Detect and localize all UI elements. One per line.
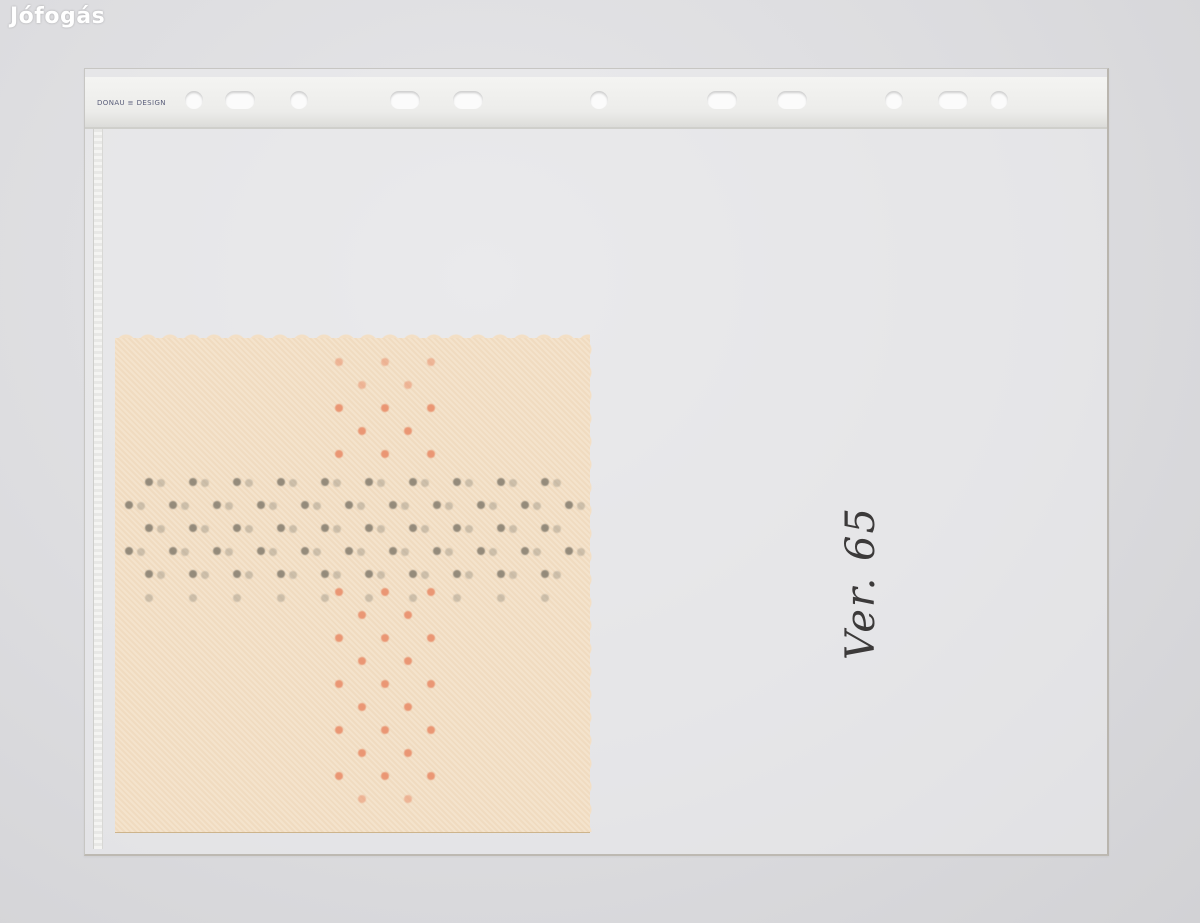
stitch-dot [333, 571, 341, 579]
stitch-dot [358, 381, 366, 389]
stitch-dot [277, 570, 285, 578]
stitch-dot [409, 570, 417, 578]
stitch-dot [577, 502, 585, 510]
stitch-dot [577, 548, 585, 556]
stitch-dot [335, 404, 343, 412]
stitch-dot [521, 501, 529, 509]
stitch-dot [157, 479, 165, 487]
stitch-dot [445, 502, 453, 510]
stitch-dot [401, 548, 409, 556]
stitch-dot [489, 502, 497, 510]
stitch-dot [358, 427, 366, 435]
stitch-dot [335, 680, 343, 688]
stitch-dot [357, 502, 365, 510]
stitch-dot [189, 478, 197, 486]
stitch-dot [365, 570, 373, 578]
punch-hole [777, 91, 807, 109]
stitch-dot [381, 634, 389, 642]
stitch-dot [169, 501, 177, 509]
stitch-dot [389, 547, 397, 555]
stitch-dot [313, 548, 321, 556]
stitch-dot [213, 501, 221, 509]
stitch-dot [521, 547, 529, 555]
stitch-dot [427, 588, 435, 596]
stitch-dot [335, 634, 343, 642]
stitch-dot [377, 525, 385, 533]
stitch-dot [181, 502, 189, 510]
stitch-dot [257, 501, 265, 509]
stitch-dot [533, 548, 541, 556]
stitch-dot [453, 570, 461, 578]
stitch-dot [189, 524, 197, 532]
punch-hole [225, 91, 255, 109]
stitch-dot [269, 548, 277, 556]
stitch-dot [137, 502, 145, 510]
stitch-dot [169, 547, 177, 555]
stitch-dot [225, 502, 233, 510]
stitch-dot [477, 501, 485, 509]
stitch-dot [497, 594, 505, 602]
stitch-dot [509, 571, 517, 579]
stitch-dot [335, 726, 343, 734]
punch-hole [590, 91, 608, 109]
stitch-dot [427, 404, 435, 412]
stitch-dot [358, 795, 366, 803]
stitch-dot [404, 427, 412, 435]
stitch-dot [445, 548, 453, 556]
stitch-dot [301, 547, 309, 555]
stitch-dot [381, 588, 389, 596]
stitch-dot [381, 404, 389, 412]
handwritten-note: Ver. 65 [838, 506, 884, 660]
stitch-dot [333, 525, 341, 533]
stitch-dot [497, 478, 505, 486]
stitch-dot [145, 594, 153, 602]
stitch-dot [381, 726, 389, 734]
stitch-dot [553, 571, 561, 579]
stitch-dot [533, 502, 541, 510]
stitch-dot [465, 571, 473, 579]
stitch-dot [409, 524, 417, 532]
stitch-dot [157, 525, 165, 533]
punch-hole [990, 91, 1008, 109]
stitch-dot [125, 547, 133, 555]
stitch-dot [335, 588, 343, 596]
stitch-dot [345, 501, 353, 509]
stitch-dot [427, 358, 435, 366]
stitch-dot [489, 548, 497, 556]
stitch-dot [357, 548, 365, 556]
stitch-dot [409, 594, 417, 602]
stitch-dot [333, 479, 341, 487]
stitch-dot [189, 570, 197, 578]
stitch-dot [565, 547, 573, 555]
stitch-dot [365, 594, 373, 602]
stitch-dot [541, 570, 549, 578]
stitch-dot [233, 594, 241, 602]
stitch-dot [541, 594, 549, 602]
brand-label: DONAU ≡ DESIGN [97, 99, 166, 107]
stitch-dot [345, 547, 353, 555]
stitch-dot [427, 450, 435, 458]
stitch-dot [381, 450, 389, 458]
stitch-dot [427, 680, 435, 688]
stitch-dot [358, 611, 366, 619]
stitch-dot [433, 501, 441, 509]
punch-hole [185, 91, 203, 109]
stitch-dot [233, 524, 241, 532]
stitch-dot [453, 594, 461, 602]
stitch-dot [565, 501, 573, 509]
stitch-dot [421, 571, 429, 579]
stitch-dot [365, 478, 373, 486]
stitch-dot [541, 524, 549, 532]
stitch-dot [321, 570, 329, 578]
stitch-dot [541, 478, 549, 486]
stitch-dot [465, 525, 473, 533]
stitch-dot [245, 525, 253, 533]
punch-hole [707, 91, 737, 109]
stitch-dot [201, 571, 209, 579]
stitch-dot [233, 478, 241, 486]
stitch-dot [201, 479, 209, 487]
stitch-dot [389, 501, 397, 509]
stitch-dot [509, 525, 517, 533]
stitch-dot [381, 772, 389, 780]
stitch-dot [289, 525, 297, 533]
stitch-dot [137, 548, 145, 556]
punch-hole [290, 91, 308, 109]
stitch-dot [404, 795, 412, 803]
punch-hole [453, 91, 483, 109]
stitch-dot [365, 524, 373, 532]
stitch-dot [301, 501, 309, 509]
stitch-dot [321, 594, 329, 602]
stitch-dot [313, 502, 321, 510]
stitch-dot [421, 525, 429, 533]
stitch-dot [277, 594, 285, 602]
stitch-dot [404, 657, 412, 665]
stitch-dot [358, 657, 366, 665]
stitch-dot [358, 749, 366, 757]
stitch-dot [189, 594, 197, 602]
punched-binding-strip: DONAU ≡ DESIGN [85, 77, 1107, 129]
stitch-dot [201, 525, 209, 533]
stitch-dot [453, 478, 461, 486]
punch-hole [390, 91, 420, 109]
stitch-dot [381, 358, 389, 366]
stitch-dot [358, 703, 366, 711]
punch-hole [885, 91, 903, 109]
stitch-dot [427, 634, 435, 642]
stitch-dot [225, 548, 233, 556]
stitch-dot [409, 478, 417, 486]
stitch-dot [321, 478, 329, 486]
stitch-dot [377, 479, 385, 487]
stitch-dot [427, 772, 435, 780]
stitch-dot [453, 524, 461, 532]
site-watermark: Jófogás [10, 4, 105, 29]
stitch-dot [145, 570, 153, 578]
stitch-dot [269, 502, 277, 510]
stitch-dot [289, 479, 297, 487]
stitch-dot [477, 547, 485, 555]
stitch-dot [404, 749, 412, 757]
stitch-dot [245, 571, 253, 579]
stitch-dot [213, 547, 221, 555]
stitch-dot [289, 571, 297, 579]
stitch-dot [377, 571, 385, 579]
stitch-dot [245, 479, 253, 487]
stitch-dot [145, 478, 153, 486]
stitch-dot [401, 502, 409, 510]
embroidered-napkin [115, 338, 590, 833]
stitch-dot [497, 524, 505, 532]
stitch-dot [497, 570, 505, 578]
stitch-dot [125, 501, 133, 509]
stitch-dot [421, 479, 429, 487]
stitch-dot [145, 524, 153, 532]
stitch-dot [404, 611, 412, 619]
stitch-dot [465, 479, 473, 487]
stitch-dot [335, 772, 343, 780]
stitch-dot [277, 524, 285, 532]
stitch-dot [553, 525, 561, 533]
stitch-dot [404, 703, 412, 711]
stitch-dot [509, 479, 517, 487]
stitch-dot [233, 570, 241, 578]
sleeve-seam [93, 129, 103, 849]
stitch-dot [433, 547, 441, 555]
stitch-dot [404, 381, 412, 389]
stitch-dot [335, 450, 343, 458]
stitch-dot [157, 571, 165, 579]
stitch-dot [553, 479, 561, 487]
punch-hole [938, 91, 968, 109]
stitch-dot [181, 548, 189, 556]
stitch-dot [321, 524, 329, 532]
stitch-dot [427, 726, 435, 734]
stitch-dot [257, 547, 265, 555]
stitch-dot [381, 680, 389, 688]
stitch-dot [335, 358, 343, 366]
stitch-dot [277, 478, 285, 486]
